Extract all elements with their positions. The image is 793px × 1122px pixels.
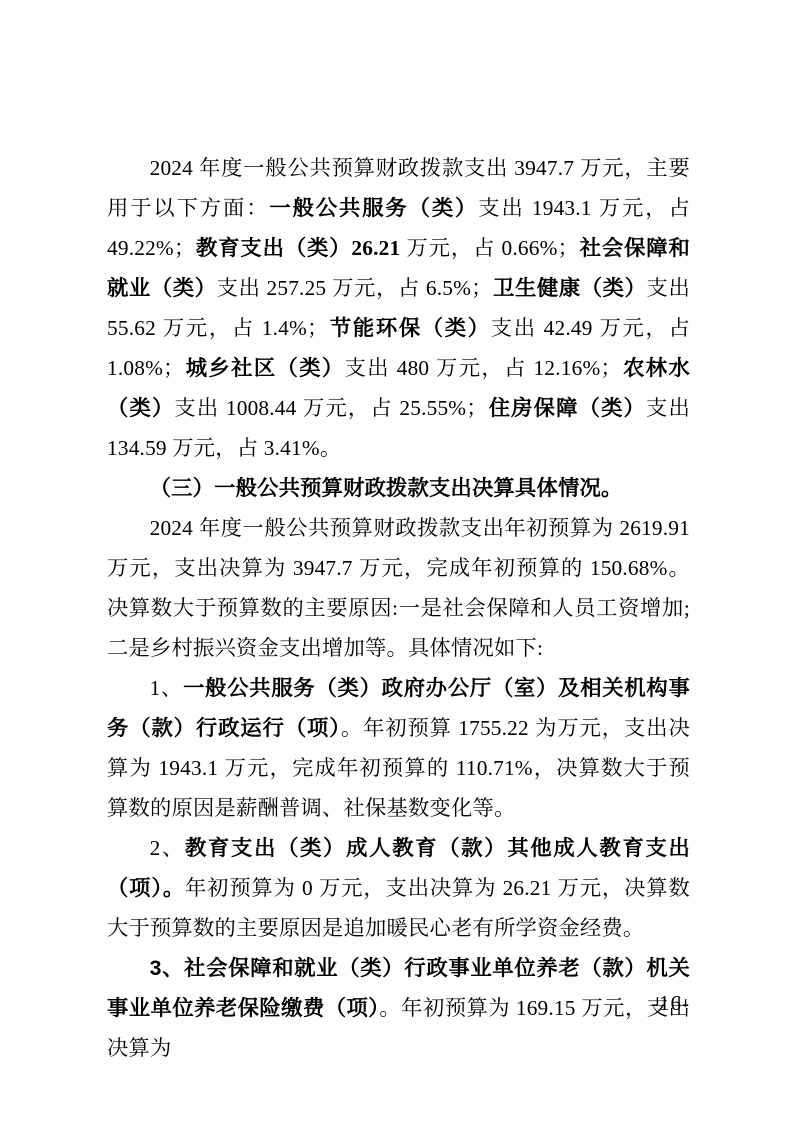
para-section-heading-3: （三）一般公共预算财政拨款支出决算具体情况。 [107, 468, 690, 508]
body-text-run: 支出 257.25 万元，占 6.5%； [217, 276, 493, 300]
item-number: 2、 [150, 836, 185, 860]
body-text-run: 支出 480 万元，占 12.16%； [345, 356, 622, 380]
body-text-run: 万元，占 0.66%； [400, 236, 579, 260]
body-text-run: 支出 1008.44 万元，占 25.55%； [174, 396, 487, 420]
body-text-run: 2024 年度一般公共预算财政拨款支出年初预算为 2619.91 万元，支出决算… [107, 516, 690, 660]
para-expenditure-breakdown-overview: 2024 年度一般公共预算财政拨款支出 3947.7 万元，主要用于以下方面：一… [107, 148, 690, 468]
body-text-run: 年初预算为 0 万元，支出决算为 26.21 万元，决算数大于预算数的主要原因是… [107, 876, 690, 940]
category-name-housing-security: 住房保障（类） [488, 396, 646, 420]
category-name-urban-rural-community: 城乡社区（类） [185, 356, 345, 380]
category-name-energy-conservation: 节能环保（类） [328, 316, 490, 340]
category-name-education: 教育支出（类）26.21 [195, 236, 400, 260]
category-name-health: 卫生健康（类） [493, 276, 647, 300]
item-number: 1、 [150, 676, 183, 700]
para-item-2-education: 2、教育支出（类）成人教育（款）其他成人教育支出（项）。年初预算为 0 万元，支… [107, 828, 690, 948]
para-item-3-social-security: 3、社会保障和就业（类）行政事业单位养老（款）机关事业单位养老保险缴费（项）。年… [107, 948, 690, 1068]
category-name-general-public-services: 一般公共服务（类） [269, 196, 478, 220]
para-item-1-general-public-services: 1、一般公共服务（类）政府办公厅（室）及相关机构事务（款）行政运行（项）。年初预… [107, 668, 690, 828]
section-heading-text: （三）一般公共预算财政拨款支出决算具体情况。 [150, 476, 623, 500]
document-page: 2024 年度一般公共预算财政拨款支出 3947.7 万元，主要用于以下方面：一… [0, 0, 793, 1122]
page-number: -16- [651, 990, 690, 1016]
para-budget-vs-final-summary: 2024 年度一般公共预算财政拨款支出年初预算为 2619.91 万元，支出决算… [107, 508, 690, 668]
document-body: 2024 年度一般公共预算财政拨款支出 3947.7 万元，主要用于以下方面：一… [107, 148, 690, 1068]
